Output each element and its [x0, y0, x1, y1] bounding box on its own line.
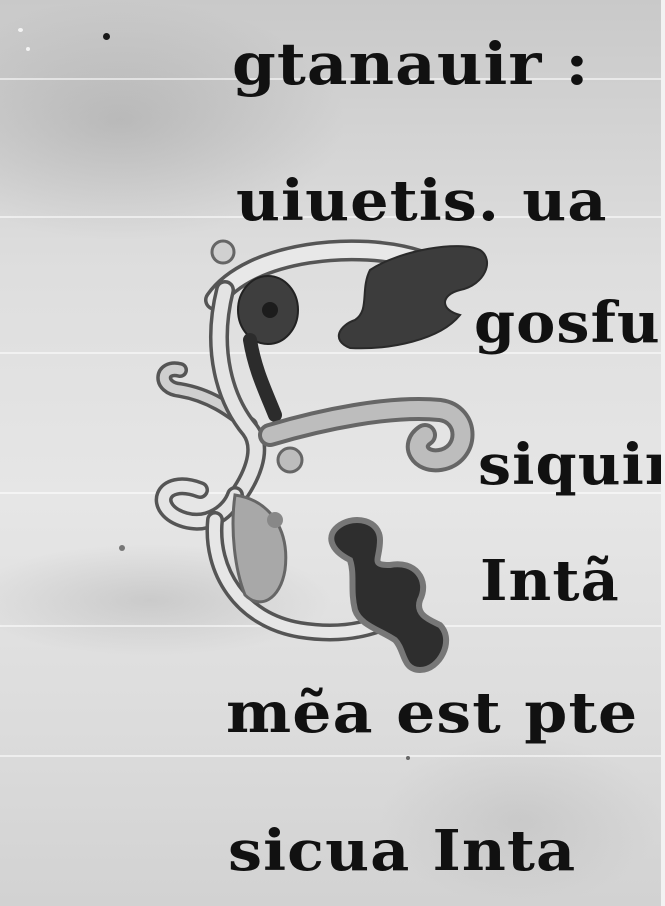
bar-knob	[278, 448, 302, 472]
text-line-7: sicua Inta	[228, 818, 576, 884]
decorated-initial-e	[140, 230, 500, 680]
beast-jaw	[250, 340, 275, 415]
text-line-2: uiuetis. ua	[236, 168, 608, 234]
foliate-terminal-bottom	[331, 520, 446, 670]
knob-ornament	[212, 241, 234, 263]
photo-edge	[661, 0, 665, 906]
text-line-4: siquir	[478, 432, 665, 498]
text-line-6: mẽa est pte	[226, 680, 638, 746]
parchment-speck	[18, 28, 23, 32]
manuscript-photo: gtanauir : uiuetis. ua gosfu siquir Intã…	[0, 0, 665, 906]
ink-speck	[103, 33, 110, 40]
ruling-line	[0, 755, 665, 757]
ink-speck	[119, 545, 125, 551]
parchment-speck	[26, 47, 30, 51]
text-line-5: Intã	[480, 548, 620, 614]
ink-speck	[406, 756, 410, 760]
text-line-3: gosfu	[474, 290, 661, 356]
beast-body-knob	[267, 512, 283, 528]
beast-eye	[262, 302, 278, 318]
text-line-1: gtanauir :	[232, 30, 590, 98]
beast-body	[233, 495, 286, 602]
